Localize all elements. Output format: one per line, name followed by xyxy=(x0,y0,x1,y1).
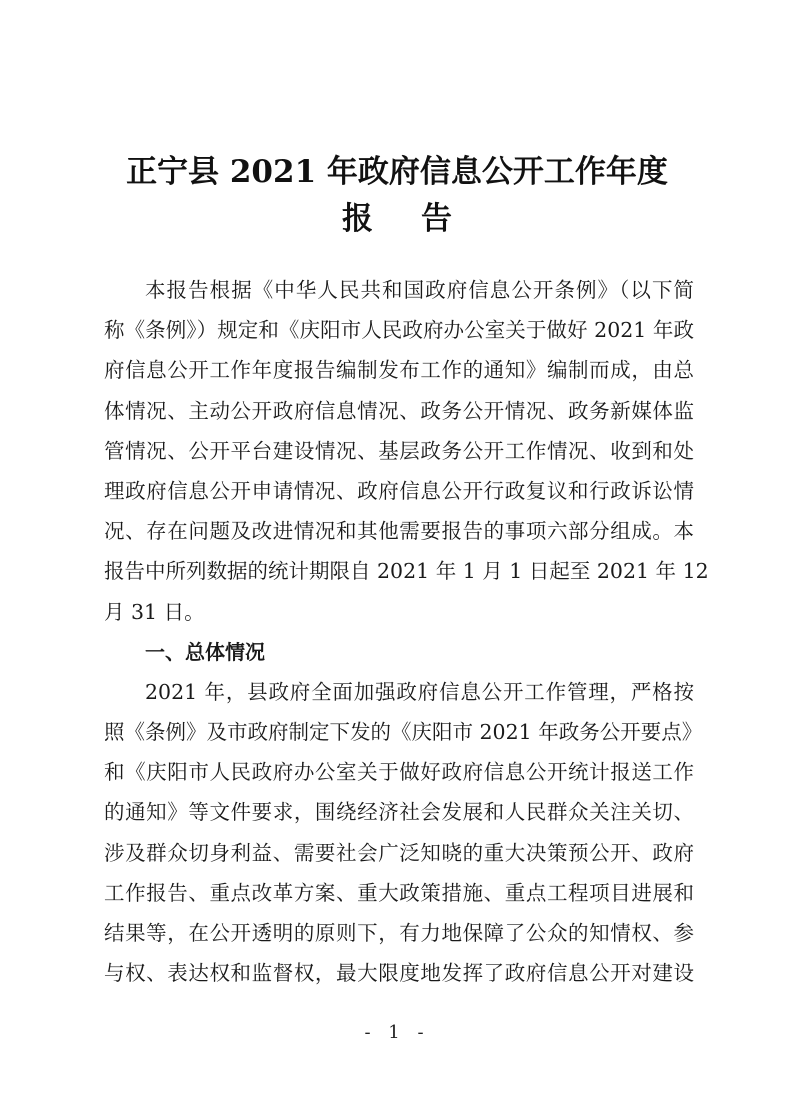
section-heading: 一、总体情况 xyxy=(104,632,694,672)
text-line: 结果等，在公开透明的原则下，有力地保障了公众的知情权、参 xyxy=(104,913,694,953)
text-line: 报告中所列数据的统计期限自 2021 年 1 月 1 日起至 2021 年 12 xyxy=(104,551,694,591)
text-line: 工作报告、重点改革方案、重大政策措施、重点工程项目进展和 xyxy=(104,873,694,913)
title-char-gao: 告 xyxy=(421,201,452,237)
text-line: 况、存在问题及改进情况和其他需要报告的事项六部分组成。本 xyxy=(104,511,694,551)
text-line: 称《条例》）规定和《庆阳市人民政府办公室关于做好 2021 年政 xyxy=(104,310,694,350)
text-line: 涉及群众切身利益、需要社会广泛知晓的重大决策预公开、政府 xyxy=(104,833,694,873)
text-line: 理政府信息公开申请情况、政府信息公开行政复议和行政诉讼情 xyxy=(104,471,694,511)
text-line: 管情况、公开平台建设情况、基层政务公开工作情况、收到和处 xyxy=(104,431,694,471)
document-title-line-2: 报告 xyxy=(0,193,794,238)
text-line: 和《庆阳市人民政府办公室关于做好政府信息公开统计报送工作 xyxy=(104,752,694,792)
page-number: - 1 - xyxy=(0,1022,794,1043)
text-line: 体情况、主动公开政府信息情况、政务公开情况、政务新媒体监 xyxy=(104,391,694,431)
text-line: 本报告根据《中华人民共和国政府信息公开条例》（以下简 xyxy=(104,270,694,310)
text-line: 府信息公开工作年度报告编制发布工作的通知》编制而成，由总 xyxy=(104,350,694,390)
text-line: 与权、表达权和监督权，最大限度地发挥了政府信息公开对建设 xyxy=(104,953,694,993)
section-paragraph: 2021 年，县政府全面加强政府信息公开工作管理，严格按 照《条例》及市政府制定… xyxy=(104,672,694,994)
title-char-bao: 报 xyxy=(342,201,373,237)
text-line: 月 31 日。 xyxy=(104,592,694,632)
document-body: 本报告根据《中华人民共和国政府信息公开条例》（以下简 称《条例》）规定和《庆阳市… xyxy=(104,270,694,993)
text-line: 2021 年，县政府全面加强政府信息公开工作管理，严格按 xyxy=(104,672,694,712)
intro-paragraph: 本报告根据《中华人民共和国政府信息公开条例》（以下简 称《条例》）规定和《庆阳市… xyxy=(104,270,694,632)
text-line: 照《条例》及市政府制定下发的《庆阳市 2021 年政务公开要点》 xyxy=(104,712,694,752)
text-line: 的通知》等文件要求，围绕经济社会发展和人民群众关注关切、 xyxy=(104,792,694,832)
document-title-line-1: 正宁县 2021 年政府信息公开工作年度 xyxy=(0,146,794,191)
